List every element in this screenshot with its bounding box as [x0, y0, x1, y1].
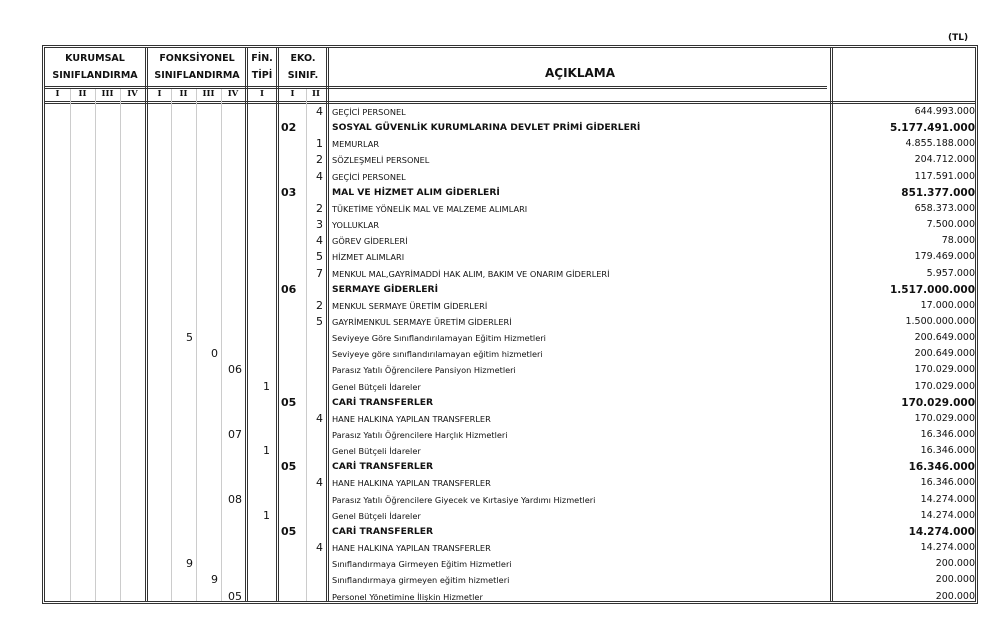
row-description: Genel Bütçeli İdareler — [332, 508, 812, 524]
code-f3 — [196, 120, 218, 136]
table-row: 4HANE HALKINA YAPILAN TRANSFERLER170.029… — [45, 411, 975, 427]
code-f4 — [221, 233, 242, 249]
code-f4 — [221, 411, 242, 427]
code-e1 — [279, 152, 303, 168]
code-f2 — [171, 282, 193, 298]
code-f4 — [221, 443, 242, 459]
header-aciklama: AÇIKLAMA — [330, 66, 830, 80]
kurumsal-level-2: II — [70, 89, 95, 101]
code-f2 — [171, 136, 193, 152]
code-e2 — [306, 459, 323, 475]
row-description: SÖZLEŞMELİ PERSONEL — [332, 152, 812, 168]
row-description: CARİ TRANSFERLER — [332, 459, 812, 475]
code-fin — [248, 524, 270, 540]
row-amount: 200.000 — [835, 572, 975, 588]
fonksiyonel-level-4: IV — [221, 89, 245, 101]
code-f4 — [221, 185, 242, 201]
code-e2: 4 — [306, 233, 323, 249]
row-amount: 200.000 — [835, 556, 975, 572]
code-f3 — [196, 282, 218, 298]
code-fin — [248, 298, 270, 314]
code-f3 — [196, 524, 218, 540]
header-fin-line2: TİPİ — [248, 67, 276, 84]
code-f3 — [196, 589, 218, 605]
table-row: 7MENKUL MAL,GAYRİMADDİ HAK ALIM, BAKIM V… — [45, 266, 975, 282]
table-row: 9Sınıflandırmaya Girmeyen Eğitim Hizmetl… — [45, 556, 975, 572]
code-fin — [248, 104, 270, 120]
code-e2 — [306, 508, 323, 524]
code-f4 — [221, 217, 242, 233]
code-fin: 1 — [248, 508, 270, 524]
row-description: CARİ TRANSFERLER — [332, 524, 812, 540]
code-f2 — [171, 459, 193, 475]
row-amount: 170.029.000 — [835, 395, 975, 411]
code-fin — [248, 169, 270, 185]
code-f2 — [171, 120, 193, 136]
code-e1: 05 — [279, 395, 303, 411]
fin-level-1: I — [248, 89, 276, 101]
row-amount: 16.346.000 — [835, 475, 975, 491]
code-fin — [248, 395, 270, 411]
code-e1: 06 — [279, 282, 303, 298]
row-description: GEÇİCİ PERSONEL — [332, 169, 812, 185]
code-e1 — [279, 169, 303, 185]
code-e2 — [306, 379, 323, 395]
code-fin — [248, 217, 270, 233]
code-fin — [248, 411, 270, 427]
row-amount: 170.029.000 — [835, 411, 975, 427]
code-fin — [248, 266, 270, 282]
code-f2 — [171, 185, 193, 201]
fonksiyonel-level-1: I — [148, 89, 171, 101]
row-description: Seviyeye göre sınıflandırılamayan eğitim… — [332, 346, 812, 362]
table-row: 5Seviyeye Göre Sınıflandırılamayan Eğiti… — [45, 330, 975, 346]
code-e2 — [306, 185, 323, 201]
code-e2 — [306, 362, 323, 378]
row-amount: 170.029.000 — [835, 379, 975, 395]
row-amount: 851.377.000 — [835, 185, 975, 201]
row-description: YOLLUKLAR — [332, 217, 812, 233]
row-amount: 14.274.000 — [835, 540, 975, 556]
code-e1 — [279, 379, 303, 395]
code-f3: 0 — [196, 346, 218, 362]
code-e1 — [279, 298, 303, 314]
table-row: 2TÜKETİME YÖNELİK MAL VE MALZEME ALIMLAR… — [45, 201, 975, 217]
table-row: 05Personel Yönetimine İlişkin Hizmetler2… — [45, 589, 975, 605]
code-e1: 03 — [279, 185, 303, 201]
table-row: 1Genel Bütçeli İdareler16.346.000 — [45, 443, 975, 459]
code-f4 — [221, 395, 242, 411]
code-e2: 2 — [306, 201, 323, 217]
code-f2 — [171, 572, 193, 588]
code-f2 — [171, 492, 193, 508]
code-fin — [248, 346, 270, 362]
table-row: 4GÖREV GİDERLERİ78.000 — [45, 233, 975, 249]
code-f2 — [171, 443, 193, 459]
code-f4 — [221, 282, 242, 298]
code-e2: 4 — [306, 540, 323, 556]
code-f2 — [171, 298, 193, 314]
code-e2 — [306, 443, 323, 459]
kurumsal-level-4: IV — [120, 89, 145, 101]
header-kurumsal-line1: KURUMSAL — [45, 50, 145, 67]
row-amount: 1.517.000.000 — [835, 282, 975, 298]
table-row: 4GEÇİCİ PERSONEL117.591.000 — [45, 169, 975, 185]
code-f4: 08 — [221, 492, 242, 508]
code-f3 — [196, 362, 218, 378]
code-e1 — [279, 217, 303, 233]
row-description: GEÇİCİ PERSONEL — [332, 104, 812, 120]
code-f4 — [221, 540, 242, 556]
code-fin — [248, 314, 270, 330]
row-amount: 204.712.000 — [835, 152, 975, 168]
code-f3 — [196, 185, 218, 201]
table-row: 08Parasız Yatılı Öğrencilere Giyecek ve … — [45, 492, 975, 508]
code-e2 — [306, 524, 323, 540]
row-description: Parasız Yatılı Öğrencilere Giyecek ve Kı… — [332, 492, 812, 508]
code-fin — [248, 201, 270, 217]
code-f3 — [196, 427, 218, 443]
row-amount: 17.000.000 — [835, 298, 975, 314]
code-f3 — [196, 492, 218, 508]
code-e1 — [279, 104, 303, 120]
code-f2 — [171, 508, 193, 524]
header-fonksiyonel-line1: FONKSİYONEL — [148, 50, 246, 67]
code-f4 — [221, 152, 242, 168]
code-fin — [248, 540, 270, 556]
row-description: MEMURLAR — [332, 136, 812, 152]
code-fin — [248, 330, 270, 346]
code-e2: 2 — [306, 152, 323, 168]
row-amount: 14.274.000 — [835, 524, 975, 540]
code-f2 — [171, 201, 193, 217]
code-fin — [248, 459, 270, 475]
table-row: 2MENKUL SERMAYE ÜRETİM GİDERLERİ17.000.0… — [45, 298, 975, 314]
table-row: 4HANE HALKINA YAPILAN TRANSFERLER14.274.… — [45, 540, 975, 556]
code-fin — [248, 152, 270, 168]
code-e2 — [306, 492, 323, 508]
code-e1 — [279, 314, 303, 330]
code-f4 — [221, 508, 242, 524]
row-description: Sınıflandırmaya girmeyen eğitim hizmetle… — [332, 572, 812, 588]
row-amount: 179.469.000 — [835, 249, 975, 265]
code-f4 — [221, 136, 242, 152]
code-f4 — [221, 475, 242, 491]
row-description: Sınıflandırmaya Girmeyen Eğitim Hizmetle… — [332, 556, 812, 572]
table-row: 06SERMAYE GİDERLERİ1.517.000.000 — [45, 282, 975, 298]
budget-table: KURUMSAL SINIFLANDIRMA FONKSİYONEL SINIF… — [42, 45, 978, 604]
code-f4 — [221, 201, 242, 217]
row-amount: 14.274.000 — [835, 508, 975, 524]
code-f3: 9 — [196, 572, 218, 588]
header-eko: EKO. SINIF. — [279, 50, 327, 84]
code-e2 — [306, 572, 323, 588]
header-fin: FİN. TİPİ — [248, 50, 276, 84]
code-f2 — [171, 233, 193, 249]
eko-level-2: II — [306, 89, 326, 101]
code-f3 — [196, 330, 218, 346]
code-e1 — [279, 572, 303, 588]
code-e1 — [279, 443, 303, 459]
code-f3 — [196, 233, 218, 249]
code-f2 — [171, 395, 193, 411]
code-e2: 3 — [306, 217, 323, 233]
code-e2: 1 — [306, 136, 323, 152]
code-f2 — [171, 249, 193, 265]
row-amount: 644.993.000 — [835, 104, 975, 120]
table-row: 4GEÇİCİ PERSONEL644.993.000 — [45, 104, 975, 120]
table-row: 1MEMURLAR4.855.188.000 — [45, 136, 975, 152]
code-e1: 05 — [279, 459, 303, 475]
code-e1 — [279, 346, 303, 362]
code-e2 — [306, 556, 323, 572]
code-f3 — [196, 459, 218, 475]
code-e1 — [279, 508, 303, 524]
table-row: 05CARİ TRANSFERLER16.346.000 — [45, 459, 975, 475]
row-description: Personel Yönetimine İlişkin Hizmetler — [332, 589, 812, 605]
code-f4 — [221, 104, 242, 120]
code-f3 — [196, 266, 218, 282]
code-e2: 5 — [306, 249, 323, 265]
table-row: 03MAL VE HİZMET ALIM GİDERLERİ851.377.00… — [45, 185, 975, 201]
row-description: HANE HALKINA YAPILAN TRANSFERLER — [332, 411, 812, 427]
code-f2: 9 — [171, 556, 193, 572]
code-e1 — [279, 233, 303, 249]
code-fin — [248, 136, 270, 152]
code-f3 — [196, 314, 218, 330]
code-f2 — [171, 379, 193, 395]
code-f2 — [171, 169, 193, 185]
code-f3 — [196, 104, 218, 120]
kurumsal-level-1: I — [45, 89, 70, 101]
code-e2: 4 — [306, 411, 323, 427]
row-amount: 5.957.000 — [835, 266, 975, 282]
row-amount: 5.177.491.000 — [835, 120, 975, 136]
row-amount: 7.500.000 — [835, 217, 975, 233]
table-row: 05CARİ TRANSFERLER170.029.000 — [45, 395, 975, 411]
header-fonksiyonel-line2: SINIFLANDIRMA — [148, 67, 246, 84]
code-f4 — [221, 330, 242, 346]
code-f4 — [221, 120, 242, 136]
code-fin — [248, 362, 270, 378]
row-amount: 16.346.000 — [835, 427, 975, 443]
code-f4 — [221, 572, 242, 588]
header-fin-line1: FİN. — [248, 50, 276, 67]
row-description: Genel Bütçeli İdareler — [332, 379, 812, 395]
code-e2: 4 — [306, 104, 323, 120]
code-e2 — [306, 282, 323, 298]
code-fin — [248, 120, 270, 136]
row-description: SERMAYE GİDERLERİ — [332, 282, 812, 298]
table-row: 2SÖZLEŞMELİ PERSONEL204.712.000 — [45, 152, 975, 168]
table-row: 02SOSYAL GÜVENLİK KURUMLARINA DEVLET PRİ… — [45, 120, 975, 136]
code-f3 — [196, 201, 218, 217]
code-f2 — [171, 524, 193, 540]
code-f4 — [221, 249, 242, 265]
row-amount: 78.000 — [835, 233, 975, 249]
code-f3 — [196, 475, 218, 491]
row-description: HİZMET ALIMLARI — [332, 249, 812, 265]
row-amount: 117.591.000 — [835, 169, 975, 185]
code-e1 — [279, 201, 303, 217]
code-f3 — [196, 136, 218, 152]
code-fin — [248, 185, 270, 201]
header-eko-line2: SINIF. — [279, 67, 327, 84]
table-row: 1Genel Bütçeli İdareler14.274.000 — [45, 508, 975, 524]
code-f4 — [221, 524, 242, 540]
code-f2 — [171, 152, 193, 168]
code-fin — [248, 282, 270, 298]
code-f3 — [196, 508, 218, 524]
code-f4 — [221, 298, 242, 314]
code-f3 — [196, 395, 218, 411]
code-f4 — [221, 266, 242, 282]
code-f4 — [221, 169, 242, 185]
code-f2 — [171, 104, 193, 120]
code-e1 — [279, 266, 303, 282]
row-description: MAL VE HİZMET ALIM GİDERLERİ — [332, 185, 812, 201]
row-description: GAYRİMENKUL SERMAYE ÜRETİM GİDERLERİ — [332, 314, 812, 330]
table-row: 4HANE HALKINA YAPILAN TRANSFERLER16.346.… — [45, 475, 975, 491]
code-f2 — [171, 540, 193, 556]
table-row: 5GAYRİMENKUL SERMAYE ÜRETİM GİDERLERİ1.5… — [45, 314, 975, 330]
row-description: MENKUL MAL,GAYRİMADDİ HAK ALIM, BAKIM VE… — [332, 266, 812, 282]
row-amount: 4.855.188.000 — [835, 136, 975, 152]
code-f3 — [196, 443, 218, 459]
code-f3 — [196, 217, 218, 233]
code-fin — [248, 475, 270, 491]
code-fin — [248, 427, 270, 443]
code-f2 — [171, 346, 193, 362]
code-fin — [248, 589, 270, 605]
code-e2 — [306, 395, 323, 411]
code-f2: 5 — [171, 330, 193, 346]
row-amount: 200.649.000 — [835, 346, 975, 362]
code-f2 — [171, 266, 193, 282]
code-e1 — [279, 411, 303, 427]
code-e2 — [306, 589, 323, 605]
code-f2 — [171, 217, 193, 233]
code-e1 — [279, 249, 303, 265]
fonksiyonel-level-2: II — [171, 89, 196, 101]
code-e2 — [306, 120, 323, 136]
code-f3 — [196, 249, 218, 265]
row-description: CARİ TRANSFERLER — [332, 395, 812, 411]
code-f4 — [221, 346, 242, 362]
code-e1: 02 — [279, 120, 303, 136]
row-description: HANE HALKINA YAPILAN TRANSFERLER — [332, 475, 812, 491]
code-e2: 7 — [306, 266, 323, 282]
code-e1: 05 — [279, 524, 303, 540]
row-amount: 16.346.000 — [835, 443, 975, 459]
code-e2: 4 — [306, 475, 323, 491]
code-e1 — [279, 589, 303, 605]
code-e2 — [306, 330, 323, 346]
code-f2 — [171, 589, 193, 605]
code-f3 — [196, 169, 218, 185]
row-amount: 200.649.000 — [835, 330, 975, 346]
table-row: 05CARİ TRANSFERLER14.274.000 — [45, 524, 975, 540]
row-description: Seviyeye Göre Sınıflandırılamayan Eğitim… — [332, 330, 812, 346]
row-amount: 200.000 — [835, 589, 975, 605]
code-e2: 2 — [306, 298, 323, 314]
code-e2: 4 — [306, 169, 323, 185]
table-row: 0Seviyeye göre sınıflandırılamayan eğiti… — [45, 346, 975, 362]
table-row: 9Sınıflandırmaya girmeyen eğitim hizmetl… — [45, 572, 975, 588]
code-e1 — [279, 427, 303, 443]
code-f4 — [221, 556, 242, 572]
table-row: 06Parasız Yatılı Öğrencilere Pansiyon Hi… — [45, 362, 975, 378]
table-row: 07Parasız Yatılı Öğrencilere Harçlık Hiz… — [45, 427, 975, 443]
code-f4: 07 — [221, 427, 242, 443]
row-description: Parasız Yatılı Öğrencilere Pansiyon Hizm… — [332, 362, 812, 378]
header-kurumsal: KURUMSAL SINIFLANDIRMA — [45, 50, 145, 84]
row-description: Genel Bütçeli İdareler — [332, 443, 812, 459]
row-amount: 1.500.000.000 — [835, 314, 975, 330]
currency-unit-label: (TL) — [948, 33, 968, 43]
row-amount: 170.029.000 — [835, 362, 975, 378]
code-f4: 06 — [221, 362, 242, 378]
code-e2: 5 — [306, 314, 323, 330]
eko-level-1: I — [279, 89, 306, 101]
code-fin — [248, 572, 270, 588]
row-amount: 658.373.000 — [835, 201, 975, 217]
code-fin — [248, 233, 270, 249]
code-fin: 1 — [248, 379, 270, 395]
code-f4 — [221, 459, 242, 475]
code-e2 — [306, 427, 323, 443]
code-f4 — [221, 379, 242, 395]
row-description: GÖREV GİDERLERİ — [332, 233, 812, 249]
row-description: Parasız Yatılı Öğrencilere Harçlık Hizme… — [332, 427, 812, 443]
code-fin: 1 — [248, 443, 270, 459]
code-f3 — [196, 411, 218, 427]
code-f2 — [171, 314, 193, 330]
code-e1 — [279, 330, 303, 346]
code-f3 — [196, 556, 218, 572]
row-description: HANE HALKINA YAPILAN TRANSFERLER — [332, 540, 812, 556]
code-fin — [248, 492, 270, 508]
code-f3 — [196, 298, 218, 314]
code-f4: 05 — [221, 589, 242, 605]
header-eko-line1: EKO. — [279, 50, 327, 67]
code-f2 — [171, 427, 193, 443]
code-e1 — [279, 540, 303, 556]
header-kurumsal-line2: SINIFLANDIRMA — [45, 67, 145, 84]
row-description: SOSYAL GÜVENLİK KURUMLARINA DEVLET PRİMİ… — [332, 120, 812, 136]
table-row: 3YOLLUKLAR7.500.000 — [45, 217, 975, 233]
row-amount: 16.346.000 — [835, 459, 975, 475]
code-f2 — [171, 411, 193, 427]
code-e1 — [279, 556, 303, 572]
table-row: 1Genel Bütçeli İdareler170.029.000 — [45, 379, 975, 395]
code-f4 — [221, 314, 242, 330]
header-fonksiyonel: FONKSİYONEL SINIFLANDIRMA — [148, 50, 246, 84]
code-e2 — [306, 346, 323, 362]
code-e1 — [279, 136, 303, 152]
code-e1 — [279, 492, 303, 508]
kurumsal-level-3: III — [95, 89, 120, 101]
row-description: TÜKETİME YÖNELİK MAL VE MALZEME ALIMLARI — [332, 201, 812, 217]
code-e1 — [279, 475, 303, 491]
code-f2 — [171, 475, 193, 491]
row-amount: 14.274.000 — [835, 492, 975, 508]
code-f3 — [196, 152, 218, 168]
table-row: 5HİZMET ALIMLARI179.469.000 — [45, 249, 975, 265]
code-fin — [248, 249, 270, 265]
code-f2 — [171, 362, 193, 378]
row-description: MENKUL SERMAYE ÜRETİM GİDERLERİ — [332, 298, 812, 314]
